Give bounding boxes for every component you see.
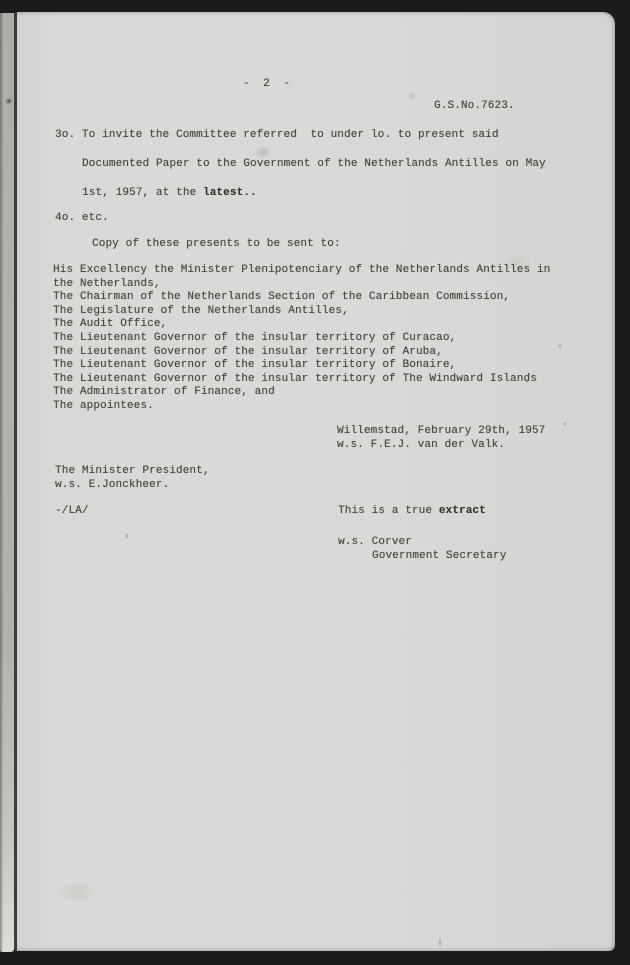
scanned-document: - 2 - G.S.No.7623. 3o. To invite the Com… [0,0,630,965]
item-3o-line-1: 3o. To invite the Committee referred to … [55,129,499,143]
item-3o-line-2: Documented Paper to the Government of th… [82,158,546,172]
page-number: - 2 - [243,78,290,92]
dateline-block: Willemstad, February 29th, 1957 w.s. F.E… [337,425,545,452]
reference-number: G.S.No.7623. [434,100,515,114]
certification-signature-block: w.s. Corver Government Secretary [338,536,506,563]
minister-title: The Minister President, [55,465,210,479]
item-4o: 4o. etc. [55,212,109,226]
recipient-line: His Excellency the Minister Plenipotenci… [53,264,550,278]
item-3o-line-3-emphasis: latest.. [203,187,257,199]
dateline-place-date: Willemstad, February 29th, 1957 [337,425,545,439]
recipient-line: The appointees. [53,400,550,414]
recipient-line: the Netherlands, [53,278,550,292]
recipient-line: The Legislature of the Netherlands Antil… [53,305,550,319]
recipient-line: The Administrator of Finance, and [53,386,550,400]
certification-line: This is a true extract [338,505,486,519]
minister-signature-block: The Minister President, w.s. E.Jonckheer… [55,465,210,492]
recipient-line: The Lieutenant Governor of the insular t… [53,373,550,387]
recipients-list: His Excellency the Minister Plenipotenci… [53,264,550,414]
document-page: - 2 - G.S.No.7623. 3o. To invite the Com… [14,12,615,951]
copy-distribution-line: Copy of these presents to be sent to: [92,238,341,252]
page-stack-edge [0,13,14,952]
recipient-line: The Audit Office, [53,318,550,332]
recipient-line: The Lieutenant Governor of the insular t… [53,332,550,346]
recipient-line: The Lieutenant Governor of the insular t… [53,359,550,373]
item-3o-line-3: 1st, 1957, at the latest.. [82,187,257,201]
item-3o-line-3-text: 1st, 1957, at the [82,187,203,199]
recipient-line: The Chairman of the Netherlands Section … [53,291,550,305]
minister-signature: w.s. E.Jonckheer. [55,479,210,493]
certification-signature: w.s. Corver [338,536,506,550]
certification-emphasis: extract [439,505,486,517]
certification-text: This is a true [338,505,439,517]
dateline-signature: w.s. F.E.J. van der Valk. [337,439,545,453]
typist-initials: -/LA/ [55,505,89,519]
recipient-line: The Lieutenant Governor of the insular t… [53,346,550,360]
certification-signature-title: Government Secretary [372,550,506,564]
